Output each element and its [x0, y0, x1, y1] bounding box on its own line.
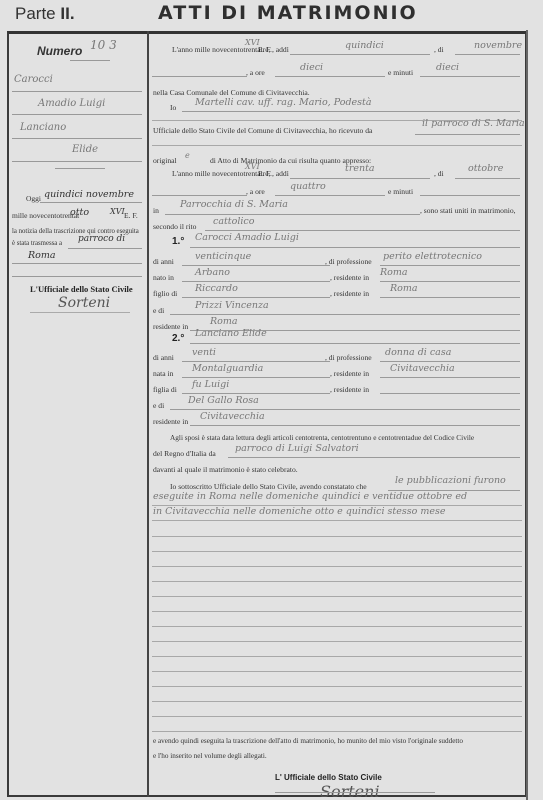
groom-anni-label: di anni: [153, 257, 174, 266]
page-edge: [526, 30, 528, 800]
month-line: [455, 54, 520, 55]
minuti-value: dieci: [436, 62, 459, 73]
ricevuto-text: Ufficiale dello Stato Civile del Comune …: [153, 126, 372, 135]
blank-line: [152, 731, 522, 732]
sottoscritto-label: Io sottoscritto Ufficiale dello Stato Ci…: [170, 482, 367, 491]
rito-value: cattolico: [213, 216, 254, 227]
sottoscritto-value-1: le pubblicazioni furono: [395, 475, 506, 486]
blank-line: [152, 520, 522, 521]
groom-nato-value: Arbano: [195, 267, 230, 278]
bride-anni-value: venti: [192, 347, 216, 358]
groom-figlio-label: figlio di: [153, 289, 177, 298]
place-value: Parrocchia di S. Maria: [180, 199, 288, 210]
casa-comunale-text: nella Casa Comunale del Comune di Civita…: [153, 88, 310, 97]
blank-line: [152, 701, 522, 702]
bride-nato-value: Montalguardia: [192, 363, 263, 374]
bride-number: 2.°: [172, 333, 184, 344]
day2-value: trenta: [345, 163, 375, 174]
month2-line: [455, 178, 520, 179]
groom-figlio-value: Riccardo: [195, 283, 238, 294]
rito-label: secondo il rito: [153, 222, 196, 231]
bride-figlia-line: [182, 393, 330, 394]
bride-figlia-value: fu Luigi: [192, 379, 229, 390]
blank-line: [152, 76, 247, 77]
bride-figlia-label: figlia di: [153, 385, 177, 394]
bride-anni-label: di anni: [153, 353, 174, 362]
trasmessa-value-2: Roma: [28, 250, 56, 261]
groom-figlio-line: [182, 297, 330, 298]
in-label: in: [153, 206, 159, 215]
io-label: Io: [170, 103, 176, 112]
bride-res-line: [380, 377, 520, 378]
ricevuto-value: il parroco di S. Maria: [422, 118, 525, 129]
left-name-1: Carocci: [14, 74, 53, 85]
minuti2-line: [420, 195, 520, 196]
minuti-line: [420, 76, 520, 77]
day2-line: [290, 178, 430, 179]
blank-line: [152, 566, 522, 567]
groom-anni-line: [182, 265, 330, 266]
month-value: novembre: [474, 40, 522, 51]
marriage-record-page: Parte II. ATTI DI MATRIMONIO Numero 10 3…: [0, 0, 543, 800]
day-value: quindici: [345, 40, 384, 51]
regno-label: del Regno d'Italia da: [153, 449, 216, 458]
page-title: ATTI DI MATRIMONIO: [158, 2, 418, 24]
numero-label: Numero: [37, 44, 82, 58]
place-line: [165, 214, 420, 215]
blank-line: [152, 641, 522, 642]
left-officer-label: L'Ufficiale dello Stato Civile: [30, 284, 133, 294]
officer-label: L' Ufficiale dello Stato Civile: [275, 773, 382, 782]
bride-name-line: [190, 343, 520, 344]
ef-label: E. F.: [124, 211, 138, 220]
groom-res-line: [380, 281, 520, 282]
minuti2-label: e minuti: [388, 187, 413, 196]
di2-label: , di: [434, 169, 444, 178]
groom-name-line: [190, 247, 520, 248]
uniti-text: , sono stati uniti in matrimonio,: [420, 206, 516, 215]
closing-text-2: e l'ho inserito nel volume degli allegat…: [153, 752, 267, 760]
a-ore-label: , a ore: [246, 68, 265, 77]
officer-signature: Sorteni: [320, 782, 380, 800]
part-number: II.: [60, 4, 74, 23]
groom-prof-label: , di professione: [325, 257, 372, 266]
blank-line: [152, 671, 522, 672]
groom-anni-value: venticinque: [195, 251, 251, 262]
blank-line: [152, 656, 522, 657]
blank-line: [152, 145, 522, 146]
groom-figlio-res-label: , residente in: [330, 289, 369, 298]
bride-anni-line: [182, 361, 330, 362]
officer-line: [182, 111, 520, 112]
left-short-line: [55, 168, 105, 169]
ore2-value: quattro: [290, 181, 326, 192]
groom-res-label: , residente in: [330, 273, 369, 282]
blank-line: [152, 581, 522, 582]
blank-line: [152, 551, 522, 552]
lettura-text: Agli sposi è stata data lettura degli ar…: [170, 433, 474, 442]
numero-value: 10 3: [90, 38, 117, 52]
bride-nato-label: nata in: [153, 369, 173, 378]
ore-line: [275, 76, 385, 77]
groom-residente-label: residente in: [153, 322, 188, 331]
groom-residente-value: Roma: [210, 316, 238, 327]
bride-figlia-res-line: [380, 393, 520, 394]
blank-line: [152, 611, 522, 612]
original-value: e: [185, 151, 190, 160]
bride-prof-value: donna di casa: [385, 347, 451, 358]
bride-figlia-res-label: , residente in: [330, 385, 369, 394]
minuti-label: e minuti: [388, 68, 413, 77]
day-line: [290, 54, 430, 55]
blank-line: [152, 686, 522, 687]
groom-edi-label: e di: [153, 306, 164, 315]
bride-name: Lanciano Elide: [195, 328, 267, 339]
bride-residente-value: Civitavecchia: [200, 411, 265, 422]
original-label: original: [153, 156, 177, 165]
regno-value: parroco di Luigi Salvatori: [235, 443, 359, 454]
left-line: [40, 202, 142, 203]
closing-text-1: e avendo quindi eseguita la trascrizione…: [153, 737, 463, 745]
blank-line: [152, 195, 247, 196]
left-name-4: Elide: [72, 144, 98, 155]
officer-name-value: Martelli cav. uff. rag. Mario, Podestà: [195, 97, 372, 108]
left-line: [12, 138, 142, 139]
groom-nato-line: [182, 281, 330, 282]
left-line: [12, 276, 142, 277]
bride-res-label: , residente in: [330, 369, 369, 378]
left-name-3: Lanciano: [20, 122, 66, 133]
trasmessa-label: è stata trasmessa a: [12, 240, 62, 247]
left-signature-line: [30, 312, 130, 313]
ogni-value: quindici novembre: [44, 189, 134, 200]
bride-edi-label: e di: [153, 401, 164, 410]
bride-residente-line: [190, 425, 520, 426]
bride-prof-label: , di professione: [325, 353, 372, 362]
sottoscritto-value-3: in Civitavecchia nelle domeniche otto e …: [153, 506, 446, 517]
officer-signature-line: [275, 792, 435, 793]
groom-prof-value: perito elettrotecnico: [383, 251, 482, 262]
ricevuto-line: [415, 134, 520, 135]
part-label: Parte II.: [15, 4, 75, 24]
groom-name: Carocci Amadio Luigi: [195, 232, 299, 243]
groom-res-value: Roma: [380, 267, 408, 278]
left-name-2: Amadio Luigi: [38, 98, 105, 109]
groom-prof-line: [380, 265, 520, 266]
rito-line: [205, 230, 520, 231]
davanti-text: davanti al quale il matrimonio è stato c…: [153, 465, 298, 474]
left-line: [68, 248, 142, 249]
groom-figlio-res-line: [380, 297, 520, 298]
column-divider: [147, 31, 149, 797]
regno-line: [228, 457, 520, 458]
groom-edi-value: Prizzi Vincenza: [195, 300, 269, 311]
a-ore2-label: , a ore: [246, 187, 265, 196]
left-line: [12, 114, 142, 115]
mille-era: XVI: [110, 207, 125, 216]
numero-underline: [70, 60, 110, 61]
left-line: [12, 91, 142, 92]
bride-edi-line: [170, 409, 520, 410]
part-text: Parte: [15, 4, 56, 23]
bride-prof-line: [380, 361, 520, 362]
bride-res-value: Civitavecchia: [390, 363, 455, 374]
groom-figlio-res-value: Roma: [390, 283, 418, 294]
blank-line: [152, 626, 522, 627]
groom-edi-line: [170, 314, 520, 315]
bride-residente-label: residente in: [153, 417, 188, 426]
ef2-addi: E. F., addì: [258, 169, 289, 178]
sottoscritto-value-2: eseguite in Roma nelle domeniche quindic…: [153, 491, 467, 502]
bride-edi-value: Del Gallo Rosa: [188, 395, 259, 406]
blank-line: [152, 596, 522, 597]
month2-value: ottobre: [468, 163, 503, 174]
mille-value: otto: [70, 207, 89, 218]
left-line: [12, 161, 142, 162]
ore-value: dieci: [300, 62, 323, 73]
left-officer-signature: Sorteni: [58, 295, 110, 311]
groom-number: 1.°: [172, 236, 184, 247]
ore2-line: [275, 195, 385, 196]
left-line: [12, 263, 142, 264]
bride-nato-line: [182, 377, 330, 378]
groom-nato-label: nato in: [153, 273, 174, 282]
di-label: , di: [434, 45, 444, 54]
blank-line: [152, 536, 522, 537]
ef-addi: E. F., addì: [258, 45, 289, 54]
trasmessa-value: parroco di: [78, 234, 125, 244]
blank-line: [152, 716, 522, 717]
ogni-label: Oggi: [26, 194, 41, 203]
